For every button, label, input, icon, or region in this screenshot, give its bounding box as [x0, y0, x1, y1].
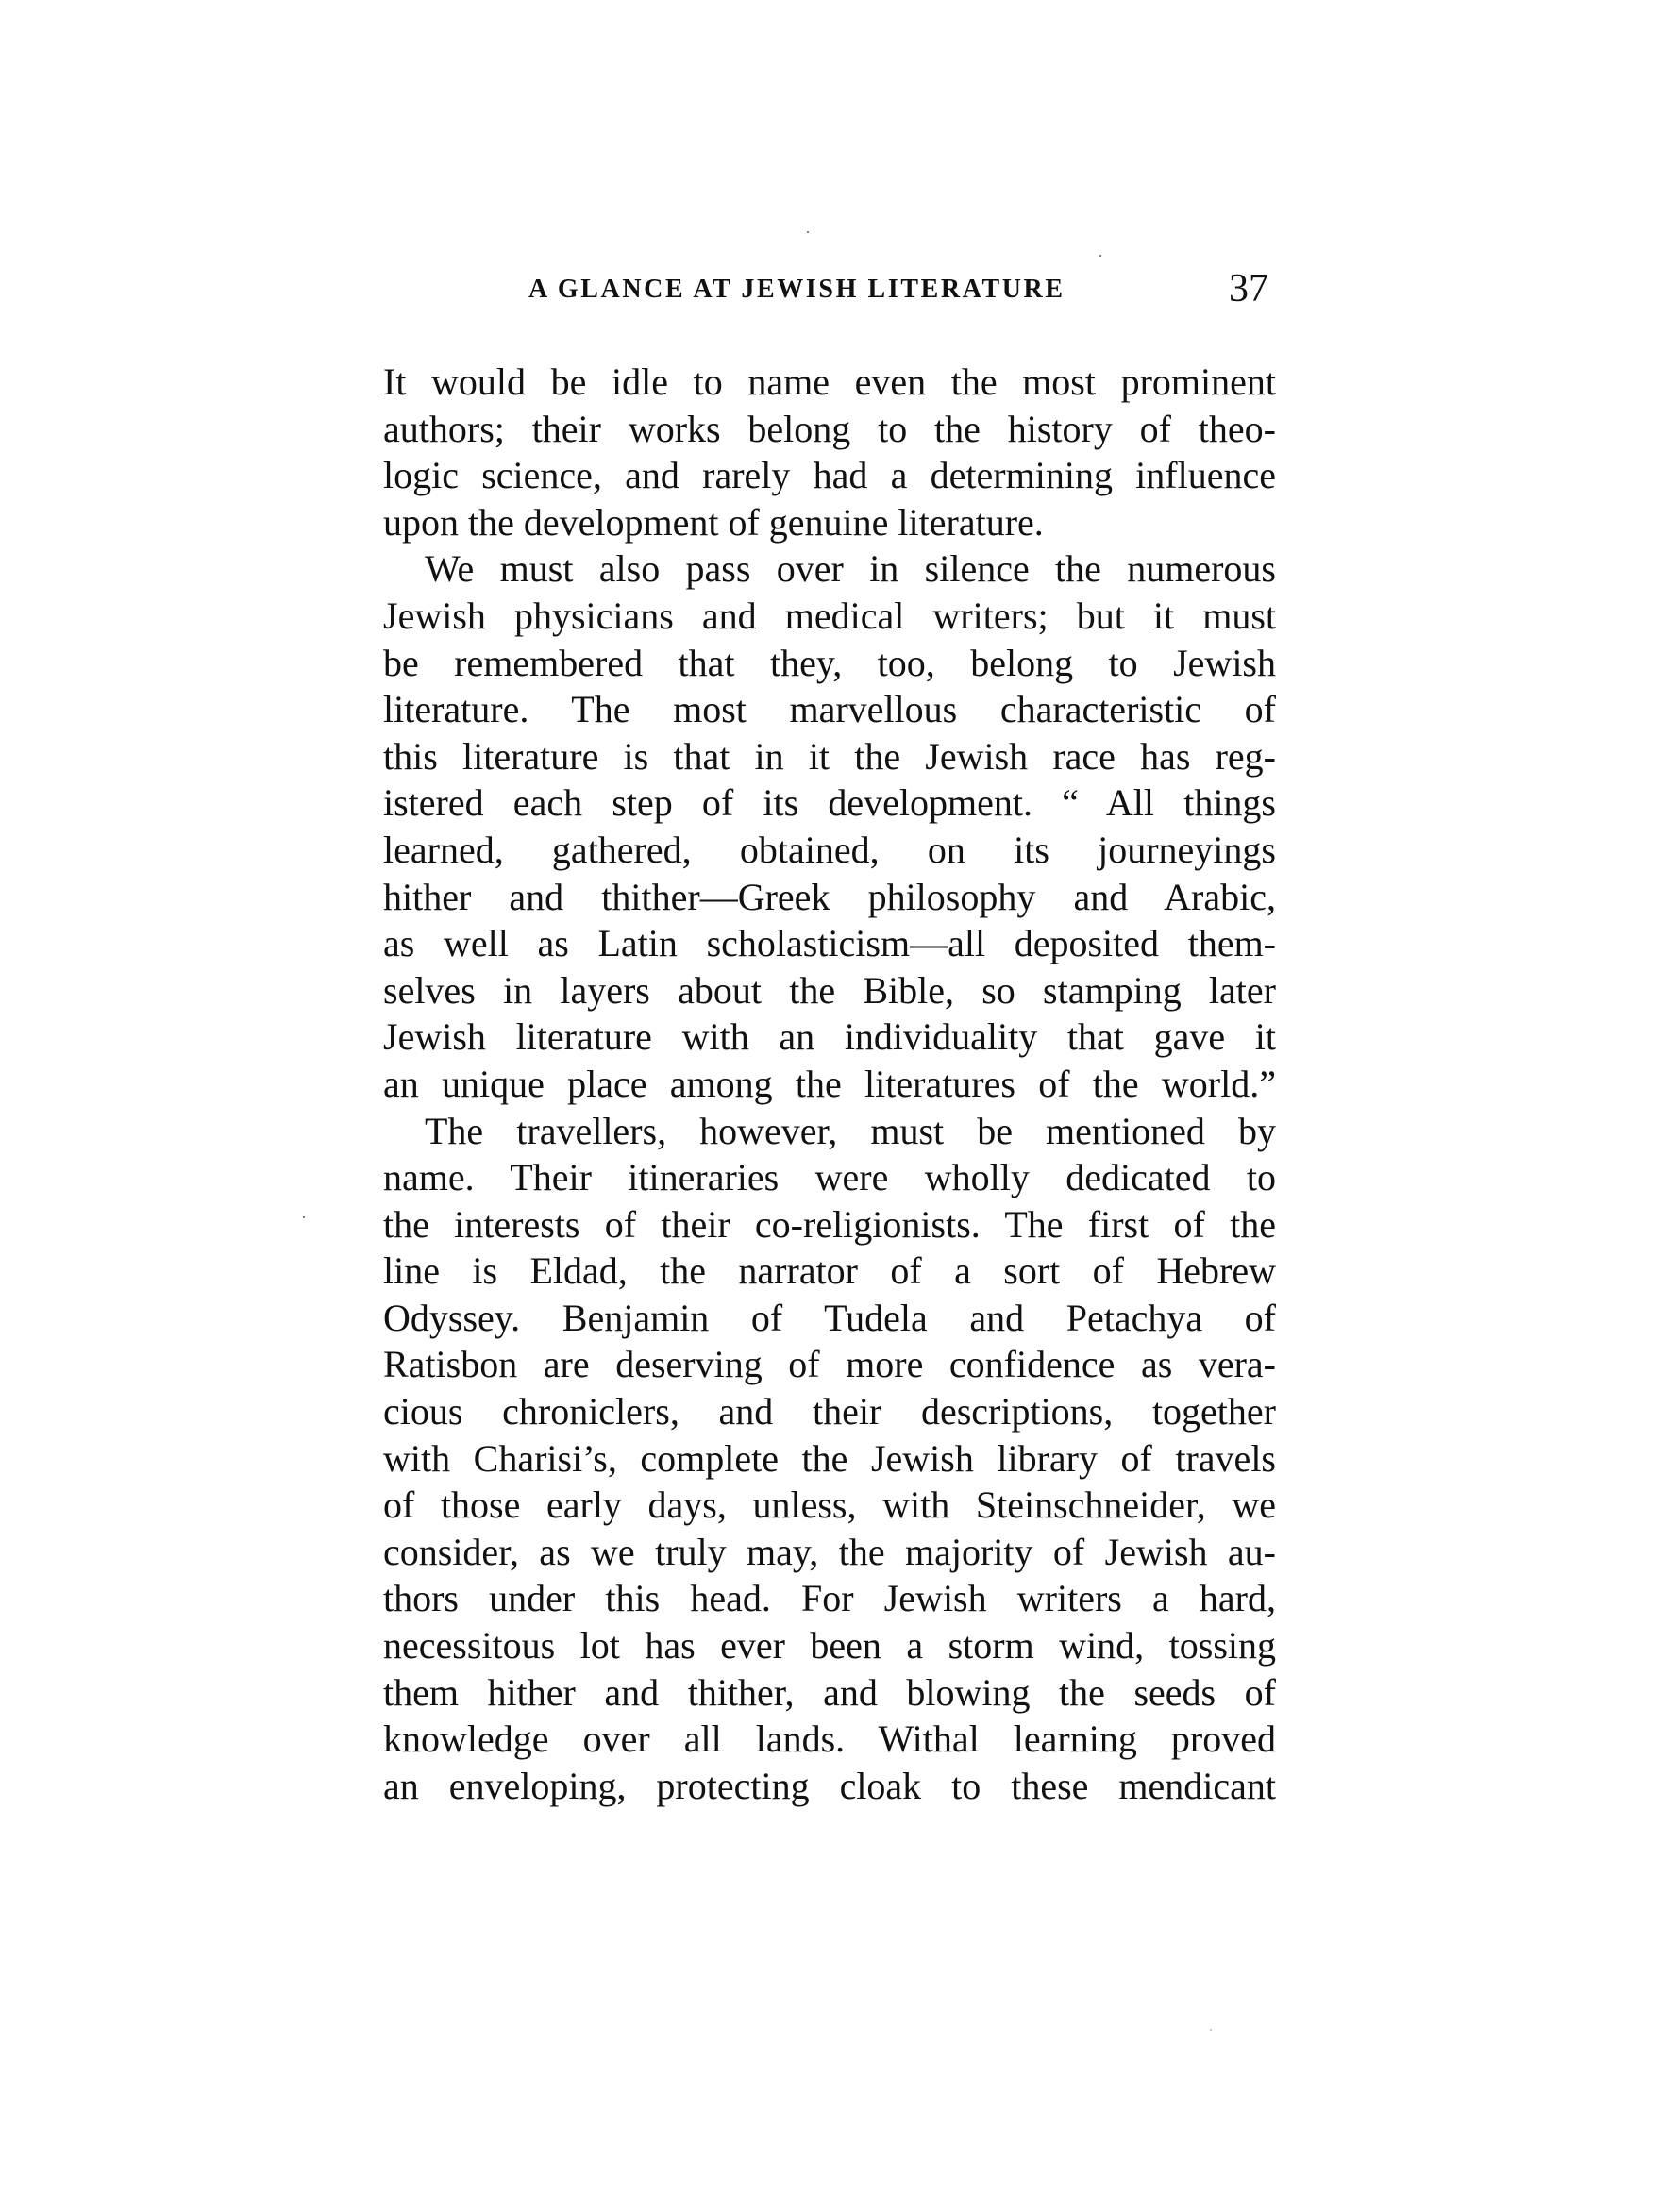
text-line: of those early days, unless, with Steins…: [383, 1482, 1276, 1529]
text-line: an unique place among the literatures of…: [383, 1061, 1276, 1108]
text-line: The travellers, however, must be mention…: [383, 1108, 1276, 1155]
text-line: We must also pass over in silence the nu…: [383, 545, 1276, 593]
scan-speck: [1099, 255, 1101, 257]
running-head-title: A GLANCE AT JEWISH LITERATURE: [528, 276, 1065, 304]
text-line: be remembered that they, too, belong to …: [383, 640, 1276, 687]
text-line: hither and thither—Greek philosophy and …: [383, 874, 1276, 921]
text-line: them hither and thither, and blowing the…: [383, 1669, 1276, 1717]
text-line: necessitous lot has ever been a storm wi…: [383, 1622, 1276, 1669]
paragraph: The travellers, however, must be mention…: [383, 1108, 1276, 1810]
text-line: as well as Latin scholasticism—all depos…: [383, 920, 1276, 967]
text-line: Odyssey. Benjamin of Tudela and Petachya…: [383, 1295, 1276, 1342]
text-line: thors under this head. For Jewish writer…: [383, 1575, 1276, 1622]
scan-speck: [807, 231, 809, 233]
scan-speck: [1210, 2029, 1212, 2031]
text-line: literature. The most marvellous characte…: [383, 686, 1276, 733]
paragraph: It would be idle to name even the most p…: [383, 359, 1276, 545]
text-line: Ratisbon are deserving of more confidenc…: [383, 1341, 1276, 1388]
text-line: istered each step of its development. “ …: [383, 779, 1276, 827]
text-line: upon the development of genuine literatu…: [383, 499, 1276, 546]
paragraph: We must also pass over in silence the nu…: [383, 545, 1276, 1107]
text-line: Jewish physicians and medical writers; b…: [383, 593, 1276, 640]
scan-speck: [303, 1216, 305, 1218]
page-number: 37: [1229, 270, 1268, 308]
text-line: this literature is that in it the Jewish…: [383, 733, 1276, 780]
text-line: logic science, and rarely had a determin…: [383, 452, 1276, 499]
text-line: an enveloping, protecting cloak to these…: [383, 1763, 1276, 1810]
text-line: cious chroniclers, and their description…: [383, 1388, 1276, 1435]
text-line: line is Eldad, the narrator of a sort of…: [383, 1248, 1276, 1295]
book-page: A GLANCE AT JEWISH LITERATURE 37 It woul…: [0, 0, 1661, 2212]
text-line: knowledge over all lands. Withal learnin…: [383, 1716, 1276, 1763]
text-line: consider, as we truly may, the majority …: [383, 1529, 1276, 1576]
text-line: name. Their itineraries were wholly dedi…: [383, 1154, 1276, 1201]
text-line: It would be idle to name even the most p…: [383, 359, 1276, 406]
text-line: selves in layers about the Bible, so sta…: [383, 967, 1276, 1014]
body-text: It would be idle to name even the most p…: [383, 359, 1276, 1809]
text-line: with Charisi’s, complete the Jewish libr…: [383, 1435, 1276, 1483]
text-line: the interests of their co-religionists. …: [383, 1201, 1276, 1248]
text-line: learned, gathered, obtained, on its jour…: [383, 827, 1276, 874]
text-line: Jewish literature with an individuality …: [383, 1014, 1276, 1061]
running-head: A GLANCE AT JEWISH LITERATURE 37: [528, 268, 1274, 310]
text-line: authors; their works belong to the histo…: [383, 406, 1276, 453]
